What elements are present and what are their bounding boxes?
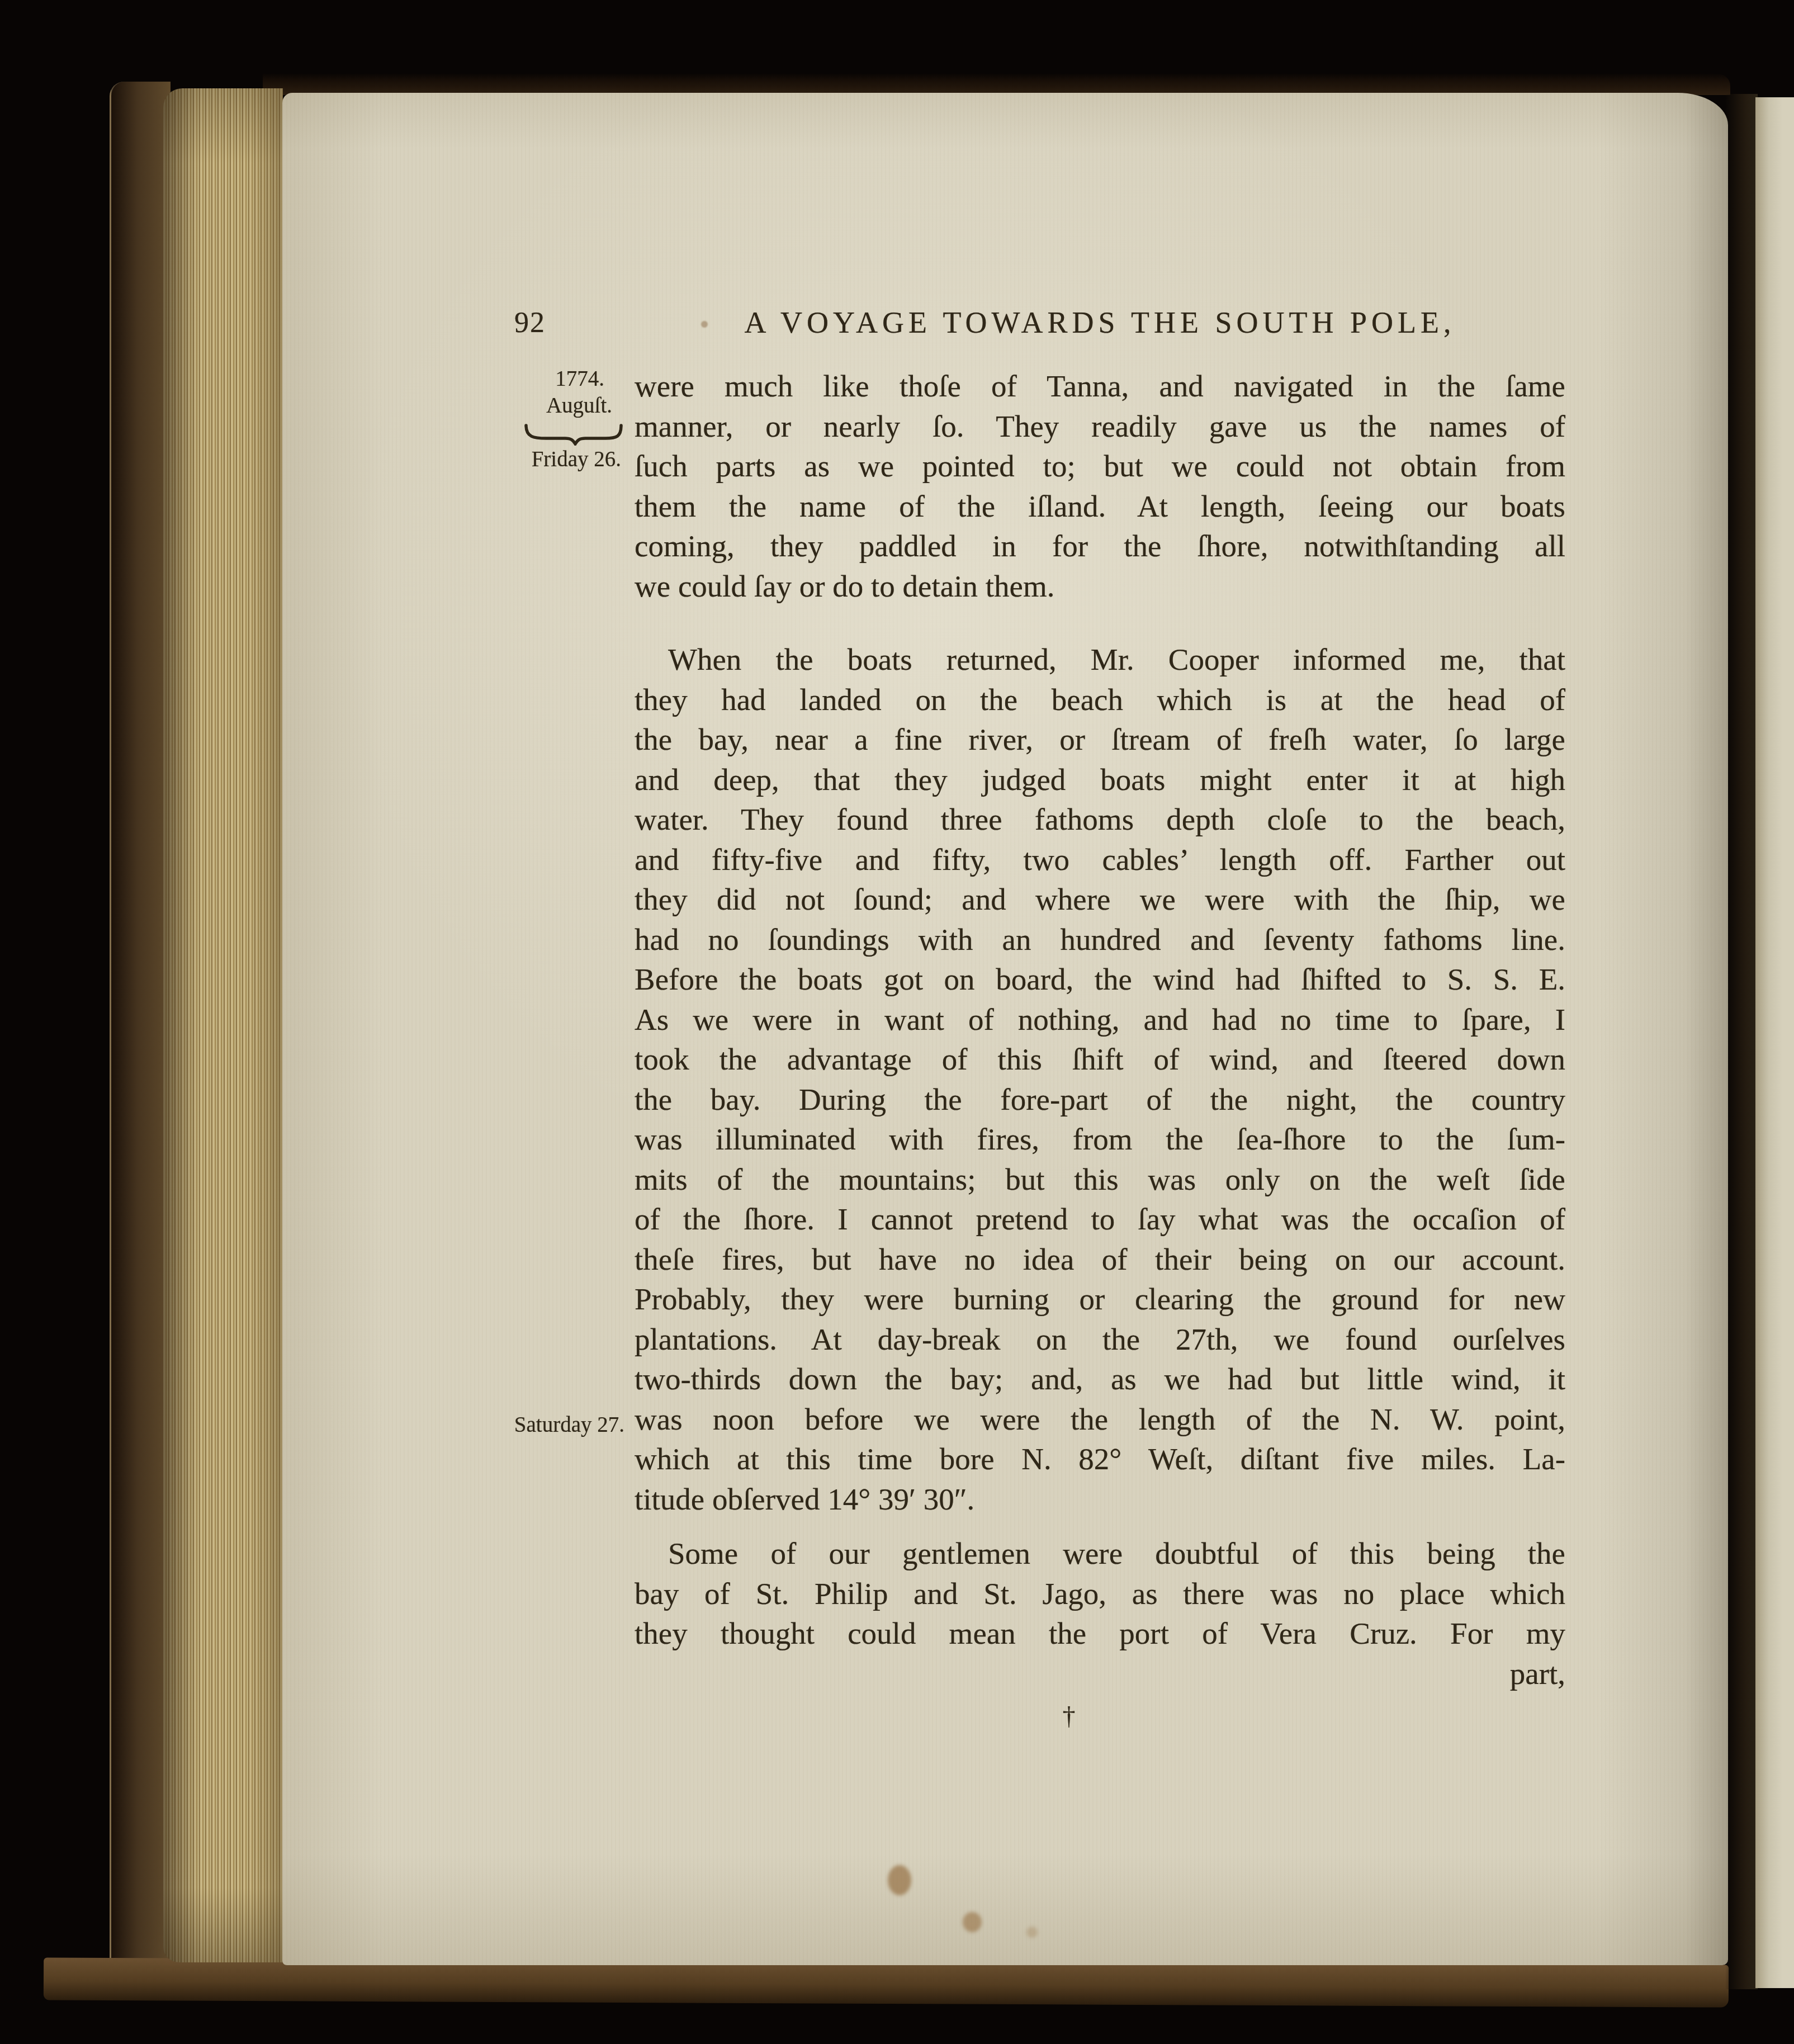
text-line: and fifty-five and fifty, two cables’ le… — [635, 840, 1565, 880]
margin-note-month: Auguſt. — [484, 393, 624, 419]
body-paragraph-1: were much like thoſe of Tanna, and navig… — [635, 366, 1565, 606]
page-body-text: were much like thoſe of Tanna, and navig… — [635, 366, 1565, 1693]
text-line: and deep, that they judged boats might e… — [635, 760, 1565, 800]
body-paragraph-2: When the boats returned, Mr. Cooper info… — [635, 640, 1565, 1519]
text-line: took the advantage of this ſhift of wind… — [635, 1039, 1565, 1080]
book-gutter-shadow — [1725, 94, 1758, 1989]
page-number: 92 — [514, 306, 626, 340]
text-line: they had landed on the beach which is at… — [635, 680, 1565, 720]
margin-note-day-friday: Friday 26. — [484, 447, 624, 472]
text-line: were much like thoſe of Tanna, and navig… — [635, 366, 1565, 406]
text-line: manner, or nearly ſo. They readily gave … — [635, 406, 1565, 447]
running-header: A VOYAGE TOWARDS THE SOUTH POLE, — [635, 305, 1565, 340]
text-line: was noon before we were the length of th… — [635, 1399, 1565, 1440]
catchword: part, — [635, 1654, 1565, 1694]
book-cover-top-edge — [263, 74, 1730, 95]
text-line: two-thirds down the bay; and, as we had … — [635, 1359, 1565, 1399]
text-line: coming, they paddled in for the ſhore, n… — [635, 526, 1565, 566]
foxing-stain — [1026, 1927, 1038, 1938]
text-line: As we were in want of nothing, and had n… — [635, 1000, 1565, 1040]
date-underbrace-icon — [523, 422, 624, 446]
text-line: plantations. At day-break on the 27th, w… — [635, 1319, 1565, 1360]
facing-page-edge — [1755, 97, 1794, 1988]
text-line: had no ſoundings with an hundred and ſev… — [635, 920, 1565, 960]
text-line: water. They found three fathoms depth cl… — [635, 799, 1565, 840]
text-line: bay of St. Philip and St. Jago, as there… — [635, 1574, 1565, 1614]
text-line: which at this time bore N. 82° Weſt, diſ… — [635, 1439, 1565, 1479]
margin-note-date-block: 1774. Auguſt. Friday 26. — [484, 366, 624, 472]
text-line: was illuminated with fires, from the ſea… — [635, 1119, 1565, 1160]
signature-mark: † — [1024, 1702, 1114, 1731]
page-stack-fore-edge — [163, 88, 283, 1962]
text-line: they did not ſound; and where we were wi… — [635, 879, 1565, 920]
text-line: Before the boats got on board, the wind … — [635, 959, 1565, 1000]
text-line: Some of our gentlemen were doubtful of t… — [635, 1534, 1565, 1574]
margin-note-year: 1774. — [484, 366, 624, 392]
text-line: the bay. During the fore-part of the nig… — [635, 1080, 1565, 1120]
text-line: the bay, near a fine river, or ſtream of… — [635, 720, 1565, 760]
book-page: 92 A VOYAGE TOWARDS THE SOUTH POLE, 1774… — [282, 93, 1728, 1965]
foxing-stain — [888, 1865, 911, 1895]
text-line: we could ſay or do to detain them. — [635, 566, 1565, 607]
text-line: mits of the mountains; but this was only… — [635, 1160, 1565, 1200]
paper-speck — [701, 321, 708, 328]
text-line: they thought could mean the port of Vera… — [635, 1614, 1565, 1654]
text-line: titude obſerved 14° 39′ 30″. — [635, 1479, 1565, 1520]
margin-note-day-saturday: Saturday 27. — [479, 1412, 624, 1438]
text-line: When the boats returned, Mr. Cooper info… — [635, 640, 1565, 680]
text-line: of the ſhore. I cannot pretend to ſay wh… — [635, 1199, 1565, 1239]
text-line: theſe fires, but have no idea of their b… — [635, 1239, 1565, 1280]
book-cover-left-edge — [110, 82, 171, 1989]
foxing-stain — [963, 1912, 982, 1932]
text-line: Probably, they were burning or clearing … — [635, 1279, 1565, 1319]
text-line: them the name of the iſland. At length, … — [635, 486, 1565, 527]
text-line: ſuch parts as we pointed to; but we coul… — [635, 446, 1565, 486]
photograph-of-open-book: { "book": { "page_number": "92", "runnin… — [0, 0, 1794, 2044]
body-paragraph-3: Some of our gentlemen were doubtful of t… — [635, 1534, 1565, 1693]
